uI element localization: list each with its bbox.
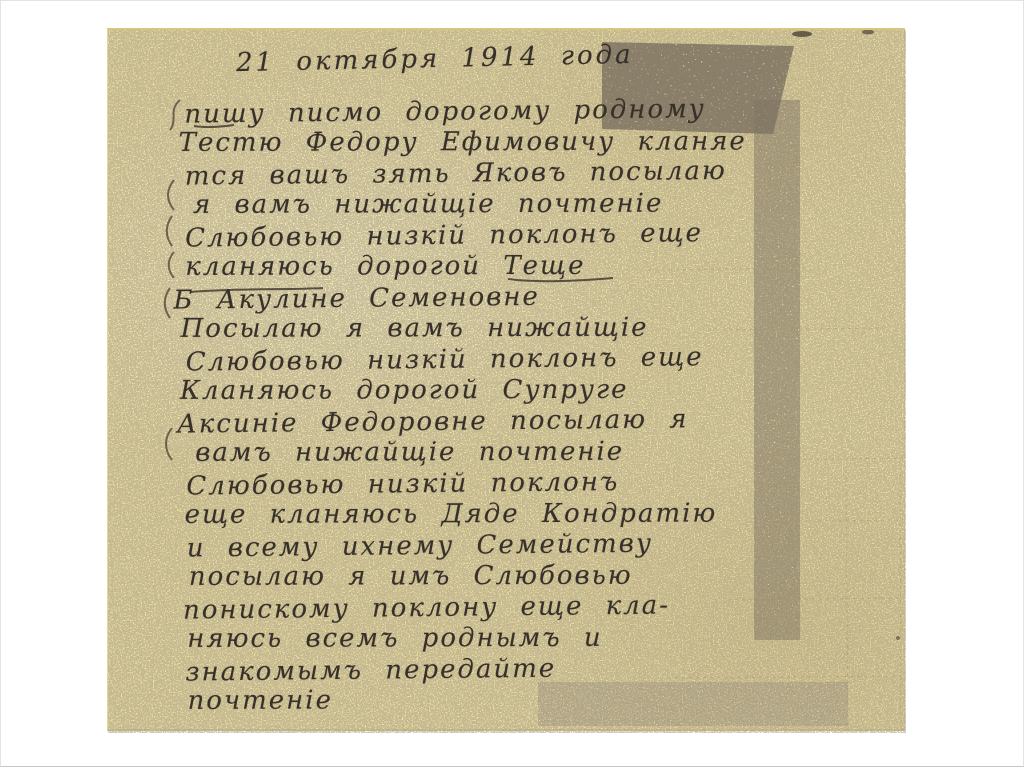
letter-line: кланяюсь дорогой Теще [185, 250, 865, 283]
letter-line: пишу писмо дорогому родному [184, 92, 864, 130]
letter-line: и всему ихнему Семейству [187, 526, 867, 564]
scanned-letter-slide: 21 октября 1914 года пишу писмо дорогому… [0, 0, 1024, 767]
letter-line: Слюбовью низкій поклонъ еще [186, 340, 866, 378]
letter-line: почтеніе [188, 684, 868, 717]
letter-line: Слюбовью низкій поклонъ еще [185, 216, 865, 254]
letter-line: няюсь всемъ роднымъ и [187, 622, 867, 655]
letter-line: еще кланяюсь Дяде Кондратію [185, 498, 867, 531]
letter-line: знакомымъ передайте [185, 650, 867, 688]
letter-line: я вамъ нижайщіе почтеніе [193, 188, 865, 221]
letter-line: вамъ нижайщіе почтеніе [195, 436, 866, 469]
letter-line: тся вашъ зять Яковъ посылаю [185, 154, 865, 192]
letter-line: Аксиніе Федоровне посылаю я [177, 402, 866, 440]
letter-line: Тестю Федору Ефимовичу кланяе [179, 126, 865, 159]
letter-body: пишу писмо дорогому родному Тестю Федору… [184, 94, 867, 718]
letter-line: понискому поклону еще кла- [183, 588, 867, 626]
letter-page: 21 октября 1914 года пишу писмо дорогому… [107, 28, 905, 731]
letter-line: посылаю я имъ Слюбовью [189, 560, 867, 593]
letter-line: Посылаю я вамъ нижайщіе [181, 312, 866, 345]
letter-date: 21 октября 1914 года [236, 40, 634, 78]
letter-line: Б Акулине Семеновне [173, 278, 865, 316]
pen-flourish [170, 100, 180, 130]
letter-line: Слюбовью низкій поклонъ [186, 464, 866, 502]
letter-line: Кланяюсь дорогой Супруге [180, 374, 866, 407]
